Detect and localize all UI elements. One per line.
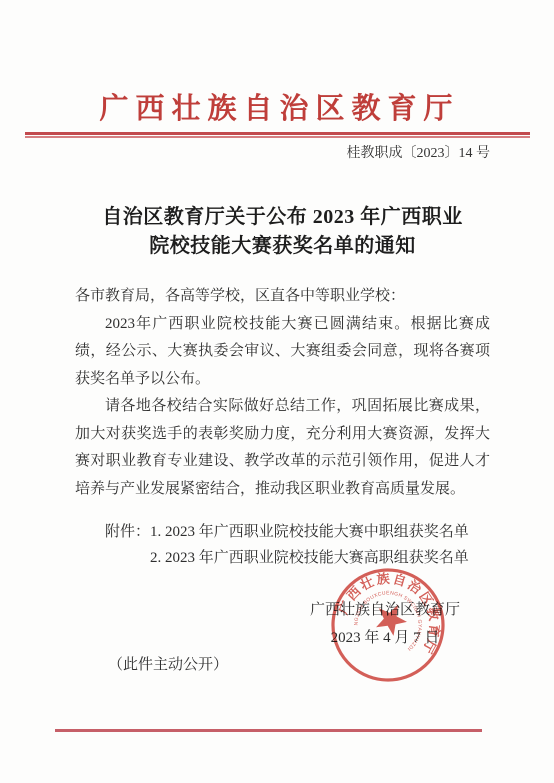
document-title-line1: 自治区教育厅关于公布 2023 年广西职业 bbox=[75, 203, 490, 232]
footer-rule bbox=[55, 729, 482, 732]
document-body: 各市教育局，各高等学校，区直各中等职业学校： 2023年广西职业院校技能大赛已圆… bbox=[75, 283, 490, 503]
attachment-line-2: 2. 2023 年广西职业院校技能大赛高职组获奖名单 bbox=[105, 545, 490, 571]
attachment-item-2: 2. 2023 年广西职业院校技能大赛高职组获奖名单 bbox=[150, 550, 469, 566]
attachment-item-1: 1. 2023 年广西职业院校技能大赛中职组获奖名单 bbox=[150, 524, 469, 540]
attachment-label: 附件： bbox=[105, 524, 150, 540]
seal-star-icon bbox=[371, 598, 412, 639]
document-title-line2: 院校技能大赛获奖名单的通知 bbox=[75, 232, 490, 261]
document-number: 桂教职成〔2023〕14 号 bbox=[75, 144, 490, 163]
masthead-rule-thick bbox=[25, 132, 530, 135]
salutation-line: 各市教育局，各高等学校，区直各中等职业学校： bbox=[75, 283, 490, 311]
masthead-rule-thin bbox=[25, 136, 530, 138]
attachment-line-1: 附件：1. 2023 年广西职业院校技能大赛中职组获奖名单 bbox=[105, 519, 490, 545]
document-page: 广西壮族自治区教育厅 桂教职成〔2023〕14 号 自治区教育厅关于公布 202… bbox=[0, 0, 554, 783]
body-paragraph-2: 请各地各校结合实际做好总结工作，巩固拓展比赛成果，加大对获奖选手的表彰奖励力度，… bbox=[75, 393, 490, 503]
attachment-block: 附件：1. 2023 年广西职业院校技能大赛中职组获奖名单 2. 2023 年广… bbox=[105, 519, 490, 571]
body-paragraph-1: 2023年广西职业院校技能大赛已圆满结束。根据比赛成绩，经公示、大赛执委会审议、… bbox=[75, 311, 490, 394]
masthead-divider-rule bbox=[25, 132, 530, 138]
document-title: 自治区教育厅关于公布 2023 年广西职业 院校技能大赛获奖名单的通知 bbox=[75, 203, 490, 261]
agency-masthead: 广西壮族自治区教育厅 bbox=[55, 90, 504, 128]
